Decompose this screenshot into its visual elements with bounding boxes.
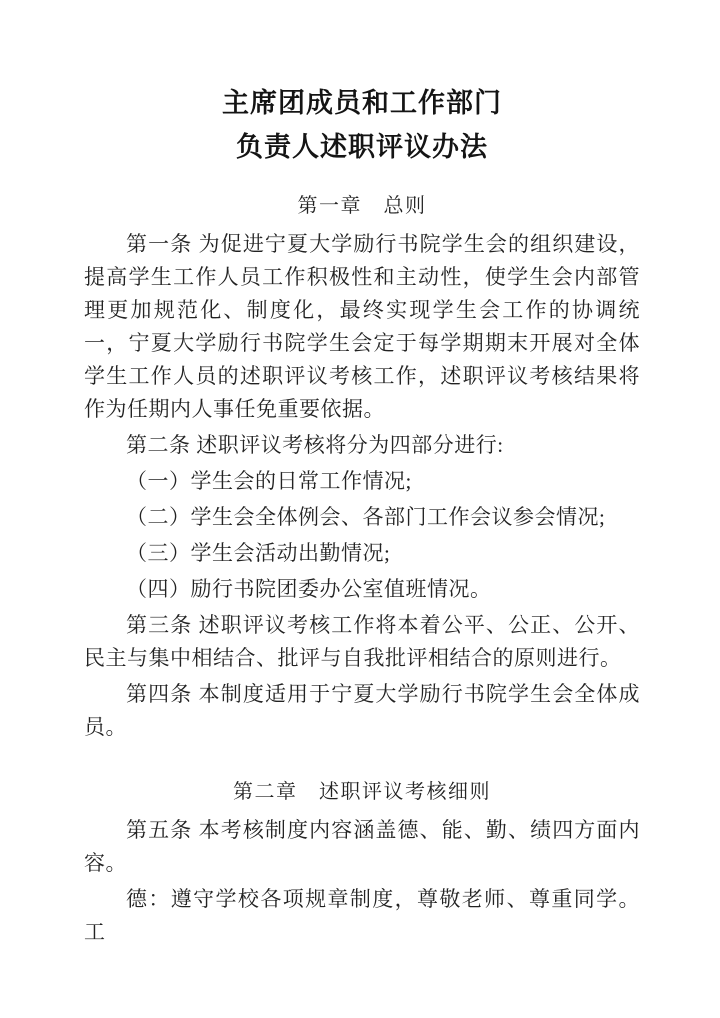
chapter-1-general-provisions: 第一章 总则 第一条 为促进宁夏大学励行书院学生会的组织建设，提高学生工作人员工… <box>84 190 640 744</box>
document-title-line-1: 主席团成员和工作部门 <box>84 81 640 125</box>
article-4-paragraph: 第四条 本制度适用于宁夏大学励行书院学生会全体成员。 <box>84 678 640 744</box>
article-2-item-2: （二）学生会全体例会、各部门工作会议参会情况; <box>84 501 640 534</box>
article-5-paragraph: 第五条 本考核制度内容涵盖德、能、勤、绩四方面内容。 <box>84 814 640 880</box>
article-2-paragraph: 第二条 述职评议考核将分为四部分进行: <box>84 429 640 462</box>
article-2-item-3: （三）学生会活动出勤情况; <box>84 537 640 570</box>
article-1-paragraph: 第一条 为促进宁夏大学励行书院学生会的组织建设，提高学生工作人员工作积极性和主动… <box>84 228 640 426</box>
document-page: 主席团成员和工作部门 负责人述职评议办法 第一章 总则 第一条 为促进宁夏大学励… <box>0 0 720 1018</box>
virtue-criterion-paragraph: 德：遵守学校各项规章制度，尊敬老师、尊重同学。工 <box>84 883 640 949</box>
document-title-line-2: 负责人述职评议办法 <box>84 125 640 169</box>
chapter-2-assessment-rules: 第二章 述职评议考核细则 第五条 本考核制度内容涵盖德、能、勤、绩四方面内容。 … <box>84 776 640 949</box>
chapter-1-heading: 第一章 总则 <box>84 190 640 223</box>
article-2-item-1: （一）学生会的日常工作情况; <box>84 465 640 498</box>
article-3-paragraph: 第三条 述职评议考核工作将本着公平、公正、公开、民主与集中相结合、批评与自我批评… <box>84 609 640 675</box>
article-2-item-4: （四）励行书院团委办公室值班情况。 <box>84 573 640 606</box>
chapter-2-heading: 第二章 述职评议考核细则 <box>84 776 640 809</box>
document-title: 主席团成员和工作部门 负责人述职评议办法 <box>84 81 640 169</box>
